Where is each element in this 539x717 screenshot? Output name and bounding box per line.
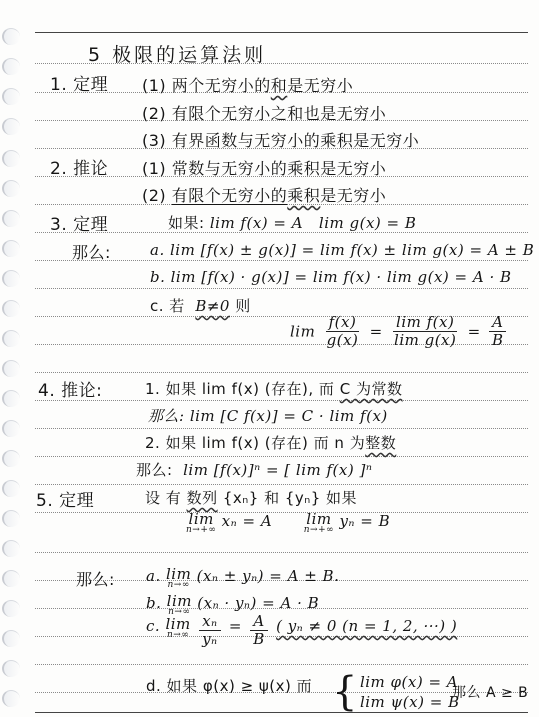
ruled-line <box>35 552 528 553</box>
lim-symbol: lim <box>290 323 315 341</box>
ruled-line <box>35 428 528 429</box>
intro-text-rest: {xₙ} 和 {yₙ} 如果 <box>223 489 357 507</box>
binder-hole <box>2 660 20 677</box>
seq-rule-d: d. 如果 φ(x) ≥ ψ(x) 而 <box>146 675 312 696</box>
item-number: (1) <box>142 76 166 95</box>
c-condition: B≠0 <box>195 297 230 315</box>
section-2-label: 2. 推论 <box>50 154 108 179</box>
rule-label: b. <box>146 594 161 612</box>
corollary-1-text: 1. 如果 lim f(x) (存在), 而 <box>145 380 334 398</box>
lim-subscript: n→+∞ <box>186 526 216 535</box>
item-number: (2) <box>142 186 166 205</box>
section-1-label: 1. 定理 <box>50 70 108 95</box>
binder-hole <box>2 480 20 497</box>
binder-hole <box>2 58 20 75</box>
binder-hole <box>2 28 20 45</box>
lim-symbol: lim <box>166 567 191 581</box>
intro-emphasis: 数列 <box>187 489 218 507</box>
binder-hole <box>2 360 20 377</box>
section-2-item-2: (2) 有限个无穷小的乘积是无穷小 <box>142 183 386 206</box>
section-5-then-label: 那么: <box>76 567 115 590</box>
denominator: g(x) <box>324 332 362 349</box>
item-emphasis: 乘积 <box>287 186 320 205</box>
lim-symbol: lim <box>189 512 214 526</box>
lim-symbol: lim <box>165 617 190 631</box>
binder-hole <box>2 600 20 617</box>
corollary-1-result: 那么: lim [C f(x)] = C · lim f(x) <box>148 405 388 426</box>
binder-hole <box>2 88 20 105</box>
section-2-item-1: (1) 常数与无穷小的乘积是无穷小 <box>142 156 386 179</box>
binder-hole <box>2 150 20 167</box>
fraction: xₙ yₙ <box>199 613 221 648</box>
section-3-label: 3. 定理 <box>50 210 108 235</box>
ruled-line <box>35 372 528 373</box>
item-number: (2) <box>142 104 166 123</box>
binder-hole <box>2 510 20 527</box>
rule-expression: (xₙ · yₙ) = A · B <box>197 594 319 612</box>
seq-rule-a: a. lim n→∞ (xₙ ± yₙ) = A ± B. <box>146 567 339 590</box>
lim-with-subscript: lim n→∞ <box>166 567 191 590</box>
binder-hole <box>2 330 20 347</box>
section-5-label: 5. 定理 <box>36 486 94 511</box>
corollary-1-emphasis: C 为常数 <box>340 380 403 398</box>
rule-d-text: d. 如果 φ(x) ≥ ψ(x) 而 <box>146 677 312 695</box>
rule-a-sum: a. lim [f(x) ± g(x)] = lim f(x) ± lim g(… <box>150 241 534 259</box>
denominator: B <box>250 631 268 648</box>
rule-c-condition: c. 若 B≠0 则 <box>150 295 251 316</box>
corollary-2-result: 那么: lim [f(x)]ⁿ = [ lim f(x) ]ⁿ <box>136 459 372 480</box>
rule-expression: (xₙ ± yₙ) = A ± B. <box>197 567 340 585</box>
lim-with-subscript: lim n→+∞ <box>304 512 334 535</box>
binder-hole <box>2 180 20 197</box>
c-prefix: c. 若 <box>150 297 185 315</box>
binder-hole <box>2 630 20 647</box>
seq-rule-d-result: 那么 A ≥ B <box>452 682 528 702</box>
power-rule: lim [f(x)]ⁿ = [ lim f(x) ]ⁿ <box>183 461 372 479</box>
if-label: 如果: <box>168 214 205 232</box>
page-title: 5 极限的运算法则 <box>88 40 266 67</box>
section-3-if: 如果: lim f(x) = A lim g(x) = B <box>168 212 416 233</box>
lim-symbol: lim <box>306 512 331 526</box>
corollary-2-emphasis: 整数 <box>365 434 396 452</box>
lim-symbol: lim <box>167 594 192 608</box>
sequence-intro: 设 有 数列 {xₙ} 和 {yₙ} 如果 <box>145 487 357 508</box>
binder-hole <box>2 300 20 317</box>
ruled-line <box>35 484 528 485</box>
section-1-item-3: (3) 有界函数与无穷小的乘积是无穷小 <box>142 128 419 151</box>
notebook-page: 5 极限的运算法则 1. 定理 (1) 两个无穷小的和是无穷小 (2) 有限个无… <box>0 0 539 717</box>
item-emphasis: 和 <box>271 76 288 95</box>
condition-psi: lim ψ(x) = B <box>360 692 460 712</box>
item-text: 两个无穷小的 <box>172 76 271 95</box>
equals: = <box>468 323 481 341</box>
intro-text: 设 有 <box>145 489 181 507</box>
rule-label: c. <box>146 617 160 635</box>
ruled-line <box>35 456 528 457</box>
condition-g: lim g(x) = B <box>319 214 416 232</box>
item-text: 有限个无穷小之和也是无穷小 <box>172 104 387 123</box>
corollary-2: 2. 如果 lim f(x) (存在) 而 n 为整数 <box>145 432 396 453</box>
binder-hole <box>2 210 20 227</box>
seq-rule-c: c. lim n→∞ xₙ yₙ = A B ( yₙ ≠ 0 (n = 1, … <box>146 617 457 648</box>
lim-subscript: n→∞ <box>167 631 189 640</box>
lim-with-subscript: lim n→∞ <box>167 594 192 617</box>
equals: = <box>370 323 383 341</box>
binder-hole <box>2 690 20 707</box>
condition-y: yₙ = B <box>339 512 390 530</box>
item-text-rest: 是无穷小 <box>287 76 353 95</box>
section-4-label: 4. 推论: <box>38 376 102 401</box>
c-then: 则 <box>235 297 251 315</box>
binder-hole <box>2 450 20 467</box>
equals: = <box>229 617 242 635</box>
fraction: lim f(x) lim g(x) <box>391 314 459 349</box>
seq-rule-d-conditions: { lim φ(x) = A lim ψ(x) = B <box>332 672 460 712</box>
top-rule <box>35 32 528 33</box>
ruled-line <box>35 400 528 401</box>
then-label: 那么: <box>136 461 173 479</box>
binder-hole <box>2 570 20 587</box>
ruled-line <box>35 664 528 665</box>
fraction: A B <box>489 314 507 349</box>
fraction: f(x) g(x) <box>324 314 362 349</box>
rule-label: a. <box>146 567 161 585</box>
denominator: B <box>489 332 507 349</box>
sequence-conditions: lim n→+∞ xₙ = A lim n→+∞ yₙ = B <box>186 512 390 535</box>
numerator: lim f(x) <box>393 314 457 332</box>
rule-b-product: b. lim [f(x) · g(x)] = lim f(x) · lim g(… <box>150 268 512 286</box>
binder-hole <box>2 118 20 135</box>
rule-c-quotient-formula: lim f(x) g(x) = lim f(x) lim g(x) = A B <box>290 314 510 349</box>
lim-subscript: n→+∞ <box>304 526 334 535</box>
condition-phi: lim φ(x) = A <box>360 672 460 692</box>
numerator: A <box>250 613 267 631</box>
item-number: (1) <box>142 159 166 178</box>
item-text: 有限个无穷小的 <box>172 186 288 205</box>
corollary-1: 1. 如果 lim f(x) (存在), 而 C 为常数 <box>145 378 402 399</box>
binder-hole <box>2 240 20 257</box>
condition-x: xₙ = A <box>222 512 272 530</box>
section-1-item-2: (2) 有限个无穷小之和也是无穷小 <box>142 101 386 124</box>
numerator: xₙ <box>199 613 221 631</box>
condition-f: lim f(x) = A <box>210 214 303 232</box>
binder-hole <box>2 420 20 437</box>
rule-condition: ( yₙ ≠ 0 (n = 1, 2, ···) ) <box>276 617 457 635</box>
binder-hole <box>2 540 20 557</box>
ruled-line <box>35 288 528 289</box>
item-text: 有界函数与无穷小的乘积是无穷小 <box>172 131 420 150</box>
item-text-rest: 是无穷小 <box>320 186 386 205</box>
lim-with-subscript: lim n→+∞ <box>186 512 216 535</box>
brace-icon: { <box>332 672 358 712</box>
fraction: A B <box>250 613 268 648</box>
denominator: yₙ <box>199 631 221 648</box>
item-text: 常数与无穷小的乘积是无穷小 <box>172 159 387 178</box>
section-1-item-1: (1) 两个无穷小的和是无穷小 <box>142 73 353 96</box>
binder-hole <box>2 270 20 287</box>
section-3-then-label: 那么: <box>72 240 111 263</box>
binder-hole <box>2 390 20 407</box>
lim-with-subscript: lim n→∞ <box>165 617 190 640</box>
bottom-rule <box>35 712 528 713</box>
numerator: A <box>489 314 506 332</box>
denominator: lim g(x) <box>391 332 459 349</box>
numerator: f(x) <box>326 314 360 332</box>
corollary-2-text: 2. 如果 lim f(x) (存在) 而 n 为 <box>145 434 365 452</box>
seq-rule-b: b. lim n→∞ (xₙ · yₙ) = A · B <box>146 594 319 617</box>
lim-subscript: n→∞ <box>167 581 189 590</box>
item-number: (3) <box>142 131 166 150</box>
